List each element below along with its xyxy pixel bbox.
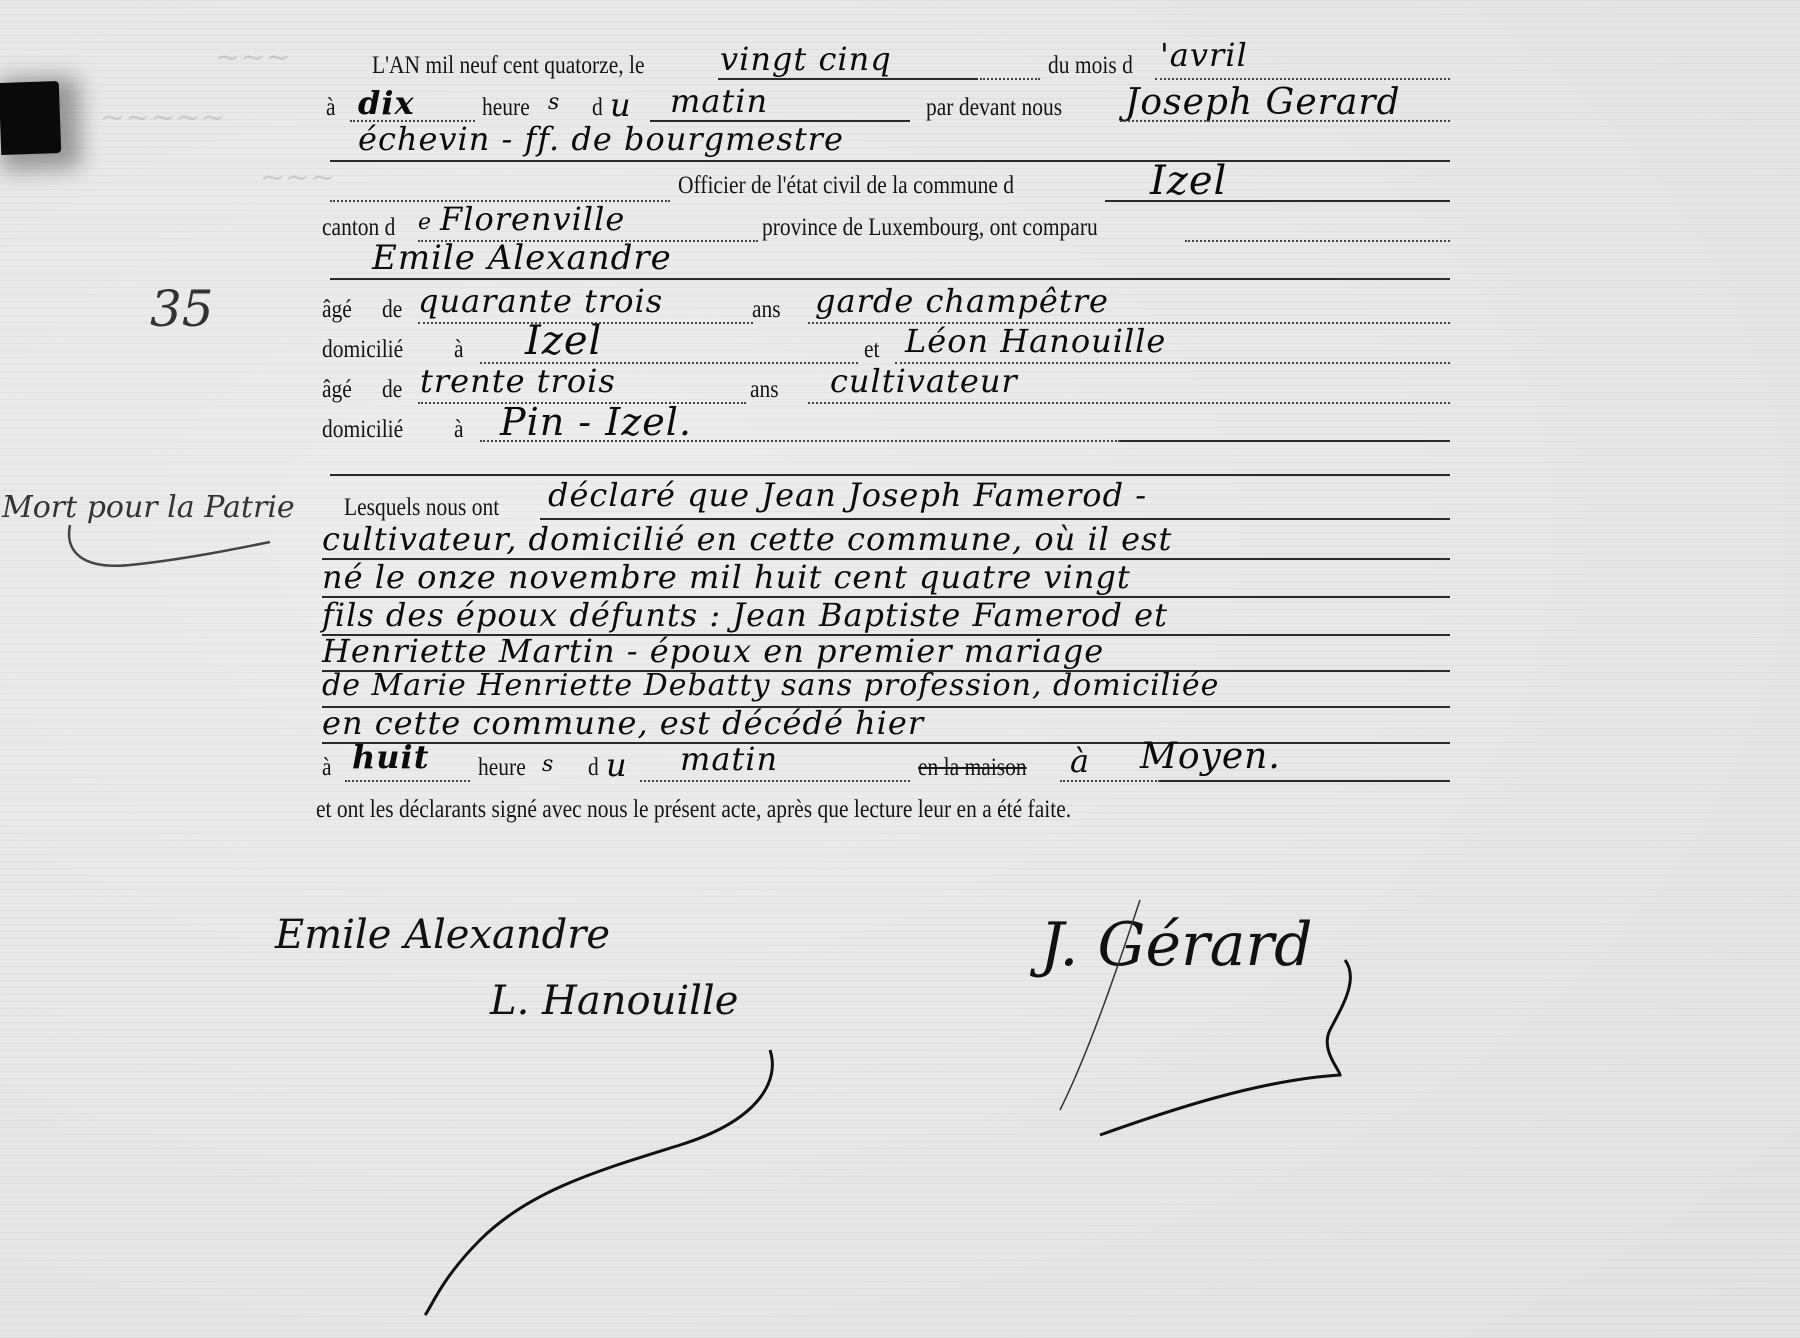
handwritten-article: u	[606, 746, 628, 784]
printed-text: ans	[750, 376, 779, 404]
handwritten-profession1: garde champêtre	[815, 282, 1109, 320]
printed-text: de	[382, 376, 402, 404]
printed-text: à	[322, 754, 332, 782]
fill-line	[1120, 440, 1450, 442]
handwritten-letter: e	[418, 210, 432, 235]
printed-text: âgé	[322, 376, 352, 404]
fill-dots	[1120, 120, 1450, 122]
fill-dots	[1185, 240, 1450, 242]
printed-text: à	[454, 336, 464, 364]
handwritten-hour: dix	[358, 84, 415, 122]
printed-text: du mois d	[1048, 52, 1133, 80]
bleed-through-text: ~~~	[215, 40, 290, 75]
handwritten-domicile1: Izel	[525, 318, 602, 364]
civil-record-page: ~~~ ~~~~~ ~~~ 35 Mort pour la Patrie L'A…	[0, 0, 1800, 1338]
printed-text: Lesquels nous ont	[344, 494, 499, 522]
handwritten-article: u	[610, 86, 632, 124]
handwritten-declaration: en cette commune, est décédé hier	[322, 704, 924, 742]
printed-text: à	[326, 94, 336, 122]
handwritten-declarant2: Léon Hanouille	[905, 322, 1166, 360]
signature-declarant1: Emile Alexandre	[275, 912, 610, 958]
fill-line	[718, 78, 978, 80]
handwritten-declaration: fils des époux défunts : Jean Baptiste F…	[322, 596, 1168, 634]
handwritten-age1: quarante trois	[418, 282, 663, 320]
fill-line	[1160, 780, 1450, 782]
printed-text: à	[454, 416, 464, 444]
printed-text: âgé	[322, 296, 352, 324]
handwritten-month: 'avril	[1160, 36, 1248, 74]
printed-text: par devant nous	[926, 94, 1062, 122]
handwritten-hour: huit	[352, 738, 429, 776]
fill-dots	[980, 78, 1040, 80]
printed-text: domicilié	[322, 336, 403, 364]
bleed-through-text: ~~~	[260, 160, 335, 195]
fill-dots	[1060, 780, 1160, 782]
handwritten-age2: trente trois	[420, 362, 616, 400]
binding-tab	[0, 81, 61, 155]
fill-dots	[345, 780, 470, 782]
printed-text: Officier de l'état civil de la commune d	[678, 172, 1014, 200]
handwritten-declaration: de Marie Henriette Debatty sans professi…	[322, 668, 1219, 703]
handwritten-declarant1: Emile Alexandre	[372, 238, 672, 278]
signature-flourish	[300, 1010, 800, 1330]
printed-text: et	[864, 336, 880, 364]
fill-dots	[808, 402, 1450, 404]
handwritten-place: Moyen.	[1140, 736, 1281, 777]
handwritten-officer-name: Joseph Gerard	[1125, 82, 1401, 123]
entry-number: 35	[150, 280, 214, 338]
handwritten-plural: s	[548, 90, 560, 115]
printed-text: d	[588, 754, 599, 782]
handwritten-declaration: cultivateur, domicilié en cette commune,…	[322, 520, 1172, 558]
printed-text: province de Luxembourg, ont comparu	[762, 214, 1098, 242]
handwritten-period: matin	[680, 740, 778, 778]
printed-text: heure	[482, 94, 530, 122]
printed-text: heure	[478, 754, 526, 782]
handwritten-day: vingt cinq	[720, 40, 892, 78]
bleed-through-text: ~~~~~	[100, 100, 226, 135]
fill-line	[1105, 200, 1450, 202]
printed-text: ans	[752, 296, 781, 324]
handwritten-period: matin	[670, 82, 768, 120]
fill-line	[330, 160, 1450, 162]
printed-closing: et ont les déclarants signé avec nous le…	[316, 796, 1071, 824]
fill-dots	[1155, 78, 1450, 80]
handwritten-canton: Florenville	[440, 200, 625, 238]
handwritten-profession2: cultivateur	[830, 362, 1018, 400]
handwritten-declaration: Henriette Martin - époux en premier mari…	[322, 632, 1104, 670]
fill-line	[330, 278, 1450, 280]
handwritten-place-prefix: à	[1070, 742, 1090, 780]
margin-flourish	[60, 520, 290, 580]
signature-officer-flourish	[1000, 880, 1400, 1140]
handwritten-commune: Izel	[1150, 158, 1227, 204]
printed-text: domicilié	[322, 416, 403, 444]
fill-dots	[480, 440, 1120, 442]
handwritten-plural: s	[542, 752, 554, 777]
fill-dots	[640, 780, 910, 782]
printed-text: L'AN mil neuf cent quatorze, le	[372, 52, 645, 80]
handwritten-declaration: né le onze novembre mil huit cent quatre…	[322, 558, 1131, 596]
handwritten-declaration: déclaré que Jean Joseph Famerod -	[548, 476, 1147, 514]
handwritten-domicile2: Pin - Izel.	[500, 400, 692, 444]
handwritten-officer-title: échevin - ff. de bourgmestre	[358, 120, 844, 158]
printed-text: d	[592, 94, 603, 122]
printed-text: de	[382, 296, 402, 324]
printed-text-struck: en la maison	[918, 754, 1027, 782]
